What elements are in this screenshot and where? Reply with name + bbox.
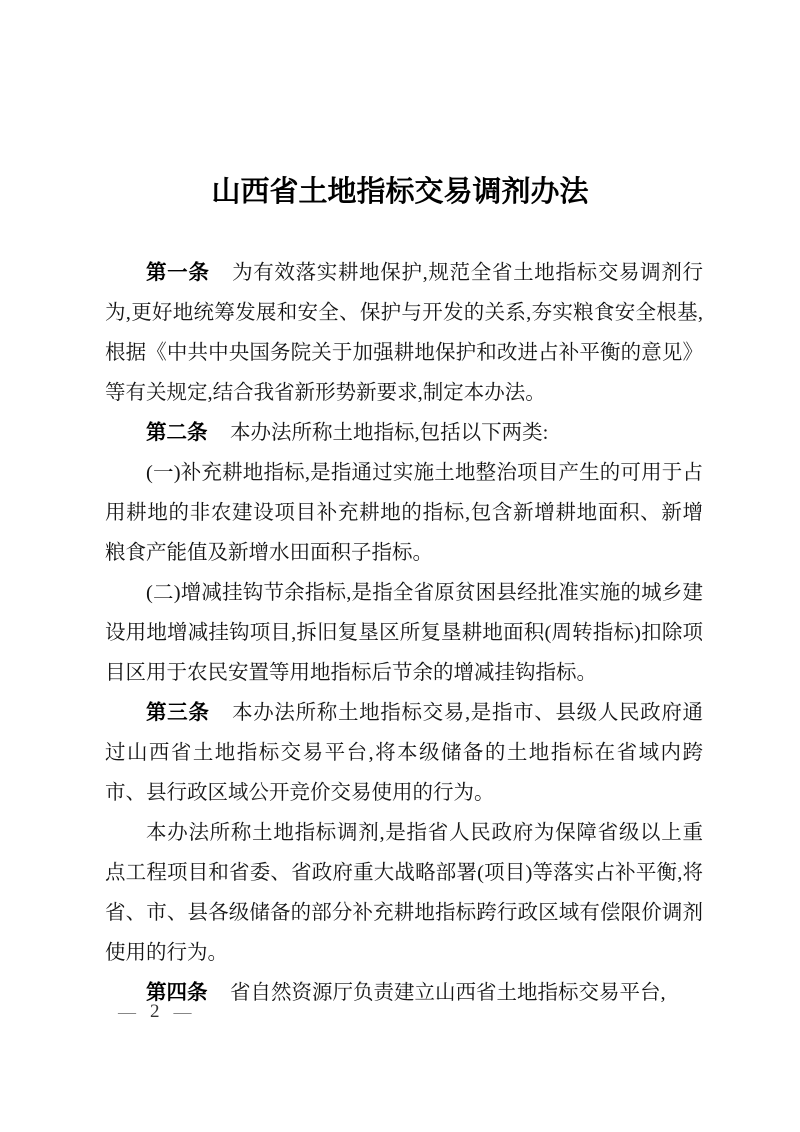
paragraph-item-1: (一)补充耕地指标,是指通过实施土地整治项目产生的可用于占用耕地的非农建设项目补… [105, 453, 703, 573]
paragraph-text: 省自然资源厅负责建立山西省土地指标交易平台, [230, 982, 666, 1004]
footer-dash-right: — [174, 1000, 192, 1024]
paragraph-item-2: (二)增减挂钩节余指标,是指全省原贫困县经批准实施的城乡建设用地增减挂钩项目,拆… [105, 573, 703, 693]
paragraph-adjustment-definition: 本办法所称土地指标调剂,是指省人民政府为保障省级以上重点工程项目和省委、省政府重… [105, 813, 703, 973]
article-term: 第三条 [146, 701, 210, 724]
paragraph-text: 本办法所称土地指标,包括以下两类: [230, 422, 548, 444]
document-page: 山西省土地指标交易调剂办法 第一条为有效落实耕地保护,规范全省土地指标交易调剂行… [0, 0, 800, 1132]
document-body: 第一条为有效落实耕地保护,规范全省土地指标交易调剂行为,更好地统筹发展和安全、保… [105, 253, 703, 1013]
paragraph-text: (一)补充耕地指标,是指通过实施土地整治项目产生的可用于占用耕地的非农建设项目补… [105, 462, 703, 564]
article-term: 第二条 [146, 421, 208, 444]
paragraph-article-1: 第一条为有效落实耕地保护,规范全省土地指标交易调剂行为,更好地统筹发展和安全、保… [105, 253, 703, 413]
page-footer: — 2 — [118, 1000, 192, 1024]
paragraph-text: (二)增减挂钩节余指标,是指全省原贫困县经批准实施的城乡建设用地增减挂钩项目,拆… [105, 582, 703, 684]
document-title: 山西省土地指标交易调剂办法 [0, 175, 800, 209]
paragraph-article-2: 第二条本办法所称土地指标,包括以下两类: [105, 413, 703, 453]
paragraph-text: 本办法所称土地指标调剂,是指省人民政府为保障省级以上重点工程项目和省委、省政府重… [105, 822, 703, 964]
page-number: 2 [150, 1000, 160, 1024]
article-term: 第一条 [146, 261, 210, 284]
footer-dash-left: — [118, 1000, 136, 1024]
paragraph-article-4: 第四条省自然资源厅负责建立山西省土地指标交易平台, [105, 973, 703, 1013]
paragraph-article-3: 第三条本办法所称土地指标交易,是指市、县级人民政府通过山西省土地指标交易平台,将… [105, 693, 703, 813]
